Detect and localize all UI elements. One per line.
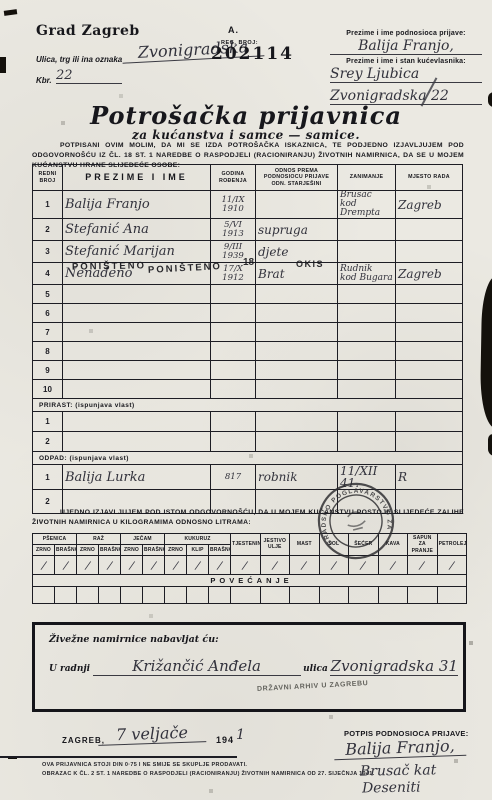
occupation bbox=[338, 380, 396, 399]
empty-cell bbox=[99, 586, 121, 603]
shop-street-handwritten: Zvonigradska 31 bbox=[330, 657, 458, 676]
dash-mark: ∕ bbox=[390, 559, 395, 572]
section-letter: A. bbox=[228, 25, 239, 35]
member-row: 5 bbox=[33, 285, 463, 304]
divider-line bbox=[0, 756, 237, 758]
member-name bbox=[63, 342, 211, 361]
member-name: Stefanić Ana bbox=[63, 219, 211, 241]
workplace bbox=[396, 342, 463, 361]
official-initial: R bbox=[396, 465, 463, 490]
supply-value: ∕ bbox=[290, 555, 320, 574]
empty-cell bbox=[121, 586, 143, 603]
relation bbox=[256, 285, 338, 304]
col-header-rednibroj: REDNI BROJ bbox=[33, 165, 63, 191]
member-row: 1Balija Franjo11/IX1910Brusačkod Drempta… bbox=[33, 191, 463, 219]
form-subtitle: za kućanstva i samce — samice. bbox=[0, 128, 492, 142]
member-name bbox=[63, 380, 211, 399]
workplace bbox=[396, 285, 463, 304]
occupation bbox=[338, 342, 396, 361]
relation bbox=[256, 342, 338, 361]
povecanje-label: POVEĆANJE bbox=[33, 574, 467, 586]
cell-line: kod Drempta bbox=[340, 200, 393, 218]
torn-edge-shadow bbox=[480, 276, 492, 428]
workplace: Zagreb bbox=[396, 191, 463, 219]
stamp-fragment-okis: OKIS bbox=[296, 259, 324, 269]
dash-mark: ∕ bbox=[195, 559, 200, 572]
dash-mark: ∕ bbox=[151, 559, 156, 572]
member-name bbox=[63, 361, 211, 380]
birth-date: 5/VI1913 bbox=[211, 219, 256, 241]
col-header-odnos: ODNOS PREMA PODNOSIOCU PRIJAVE ODN. STAR… bbox=[256, 165, 338, 191]
archive-stamp: DRŽAVNI ARHIV U ZAGREBU bbox=[257, 680, 369, 693]
empty-cell bbox=[165, 586, 187, 603]
odpad-name: Balija Lurka bbox=[63, 465, 211, 490]
supply-value: ∕ bbox=[378, 555, 408, 574]
empty-cell bbox=[349, 586, 379, 603]
occupation bbox=[338, 304, 396, 323]
empty-cell bbox=[338, 412, 396, 432]
group-label: PŠENICA bbox=[33, 534, 77, 545]
empty-cell bbox=[408, 586, 438, 603]
group-label: KUKURUZ bbox=[165, 534, 231, 545]
supply-value: ∕ bbox=[260, 555, 290, 574]
dash-mark: ∕ bbox=[217, 559, 222, 572]
empty-cell bbox=[256, 432, 338, 452]
sub-label: BRAŠNO bbox=[55, 544, 77, 555]
occupation: Brusačkod Drempta bbox=[338, 191, 396, 219]
row-number: 8 bbox=[33, 342, 63, 361]
birth-date bbox=[211, 380, 256, 399]
member-row: 8 bbox=[33, 342, 463, 361]
sub-label: ZRNO bbox=[33, 544, 55, 555]
stamp-fragment-18: 18 bbox=[243, 257, 254, 268]
birth-date bbox=[211, 323, 256, 342]
empty-cell bbox=[63, 432, 211, 452]
member-row: 2Stefanić Ana5/VI1913supruga bbox=[33, 219, 463, 241]
landlord-label: Prezime i ime i stan kućevlasnika: bbox=[330, 58, 482, 65]
prirast-row: 2 bbox=[33, 432, 463, 452]
row-number: 4 bbox=[33, 263, 63, 285]
sub-label: BRAŠNO bbox=[209, 544, 231, 555]
supply-value: ∕ bbox=[187, 555, 209, 574]
occupation bbox=[338, 241, 396, 263]
radnji-label: U radnji bbox=[49, 664, 90, 674]
date-handwritten: 7 veljače bbox=[98, 722, 207, 746]
shop-line1: Živežne namirnice nabavljat ću: bbox=[49, 634, 219, 645]
col-header-godina: GODINA ROĐENJA bbox=[211, 165, 256, 191]
group-label: JEČAM bbox=[121, 534, 165, 545]
empty-cell bbox=[33, 586, 55, 603]
row-number: 5 bbox=[33, 285, 63, 304]
empty-cell bbox=[260, 586, 290, 603]
shop-line2: U radnji Križančić Anđela ulica Zvonigra… bbox=[49, 657, 458, 676]
relation bbox=[256, 323, 338, 342]
paper-specks bbox=[0, 0, 2, 2]
ponisteno-stamp: PONIŠTENO bbox=[72, 260, 146, 272]
dash-mark: ∕ bbox=[243, 559, 248, 572]
empty-cell bbox=[143, 586, 165, 603]
group-label: PETROLEJ bbox=[437, 534, 467, 556]
ulica-label: ulica bbox=[303, 664, 328, 674]
group-label: SAPUN ZA PRANJE bbox=[408, 534, 438, 556]
dash-mark: ∕ bbox=[85, 559, 90, 572]
cell-line: 1912 bbox=[213, 274, 253, 282]
birth-date bbox=[211, 304, 256, 323]
sub-label: ZRNO bbox=[165, 544, 187, 555]
member-name: Balija Franjo bbox=[63, 191, 211, 219]
kbr-label: Kbr. bbox=[36, 76, 52, 85]
empty-cell bbox=[55, 586, 77, 603]
street-label: Ulica, trg ili ina oznaka bbox=[36, 55, 122, 64]
group-label: JESTIVO ULJE bbox=[260, 534, 290, 556]
prirast-band: PRIRAST: (ispunjava vlast) bbox=[33, 399, 463, 412]
occupation: Rudnikkod Bugara bbox=[338, 263, 396, 285]
odpad-number: 817 bbox=[211, 465, 256, 490]
row-number: 9 bbox=[33, 361, 63, 380]
supplies-paragraph: UJEDNO IZJAVLJUJEM POD ISTOM ODGOVORNOŠĆ… bbox=[32, 508, 464, 528]
scan-artifact bbox=[4, 9, 18, 16]
sub-label: BRAŠNO bbox=[99, 544, 121, 555]
occupation bbox=[338, 323, 396, 342]
supply-value: ∕ bbox=[143, 555, 165, 574]
group-label: TJESTENINE bbox=[231, 534, 261, 556]
supplies-value-row: ∕∕∕∕∕∕∕∕∕∕∕∕∕∕∕∕∕ bbox=[33, 555, 467, 574]
supply-value: ∕ bbox=[55, 555, 77, 574]
supply-value: ∕ bbox=[408, 555, 438, 574]
supply-value: ∕ bbox=[231, 555, 261, 574]
supply-value: ∕ bbox=[121, 555, 143, 574]
fine-print-2: OBRAZAC K ČL. 2 ST. 1 NAREDBE O RASPODJE… bbox=[42, 771, 374, 777]
odpad-table: ODPAD: (ispunjava vlast) 1Balija Lurka81… bbox=[32, 451, 463, 514]
dash-mark: ∕ bbox=[302, 559, 307, 572]
signature-handwritten: Balija Franjo, bbox=[334, 736, 467, 761]
row-number: 1 bbox=[33, 191, 63, 219]
workplace bbox=[396, 380, 463, 399]
dash-mark: ∕ bbox=[420, 559, 425, 572]
shop-declaration-box: Živežne namirnice nabavljat ću: U radnji… bbox=[32, 622, 466, 712]
kbr-handwritten: 22 bbox=[56, 68, 122, 84]
empty-cell bbox=[437, 586, 467, 603]
row-number: 1 bbox=[33, 465, 63, 490]
scan-artifact bbox=[0, 57, 6, 73]
member-name: Stefanić Marijan bbox=[63, 241, 211, 263]
col-header-zanimanje: ZANIMANJE bbox=[338, 165, 396, 191]
empty-cell bbox=[290, 586, 320, 603]
birth-date bbox=[211, 361, 256, 380]
workplace bbox=[396, 323, 463, 342]
row-number: 7 bbox=[33, 323, 63, 342]
odpad-band: ODPAD: (ispunjava vlast) bbox=[33, 452, 463, 465]
sub-label: ZRNO bbox=[121, 544, 143, 555]
supply-value: ∕ bbox=[99, 555, 121, 574]
signature-line2: Brusač kat bbox=[360, 762, 437, 779]
birth-date: 11/IX1910 bbox=[211, 191, 256, 219]
supply-value: ∕ bbox=[77, 555, 99, 574]
supply-value: ∕ bbox=[437, 555, 467, 574]
sub-label: ZRNO bbox=[77, 544, 99, 555]
empty-cell bbox=[256, 412, 338, 432]
reg-number: 202114 bbox=[211, 44, 294, 64]
cell-line: 1910 bbox=[213, 205, 253, 213]
odpad-relation: robnik bbox=[256, 465, 338, 490]
member-row: 9 bbox=[33, 361, 463, 380]
empty-cell bbox=[63, 412, 211, 432]
relation: supruga bbox=[256, 219, 338, 241]
povecanje-band: POVEĆANJE bbox=[33, 574, 467, 586]
empty-cell bbox=[396, 432, 463, 452]
row-number: 1 bbox=[33, 412, 63, 432]
dash-mark: ∕ bbox=[449, 559, 454, 572]
empty-cell bbox=[231, 586, 261, 603]
dash-mark: ∕ bbox=[272, 559, 277, 572]
member-name bbox=[63, 304, 211, 323]
signature-line3: Deseniti bbox=[362, 779, 421, 796]
member-row: 7 bbox=[33, 323, 463, 342]
relation bbox=[256, 361, 338, 380]
prirast-table: PRIRAST: (ispunjava vlast) 12 bbox=[32, 398, 463, 452]
empty-cell bbox=[338, 432, 396, 452]
cell-line: 1913 bbox=[213, 230, 253, 238]
dash-mark: ∕ bbox=[107, 559, 112, 572]
col-header-mjesto: MJESTO RADA bbox=[396, 165, 463, 191]
relation bbox=[256, 191, 338, 219]
applicant-block: Prezime i ime podnosioca prijave: Balija… bbox=[330, 30, 482, 105]
empty-cell bbox=[209, 586, 231, 603]
city-name: Grad Zagreb bbox=[36, 23, 140, 39]
row-number: 3 bbox=[33, 241, 63, 263]
year-print: 194 bbox=[216, 735, 234, 745]
workplace bbox=[396, 241, 463, 263]
workplace bbox=[396, 304, 463, 323]
occupation bbox=[338, 361, 396, 380]
group-label: RAŽ bbox=[77, 534, 121, 545]
member-row: 6 bbox=[33, 304, 463, 323]
birth-date bbox=[211, 285, 256, 304]
fine-print-1: OVA PRIJAVNICA STOJI DIN 0·75 I NE SMIJE… bbox=[42, 762, 247, 768]
row-number: 2 bbox=[33, 432, 63, 452]
workplace bbox=[396, 361, 463, 380]
prirast-row: 1 bbox=[33, 412, 463, 432]
scan-artifact bbox=[488, 434, 492, 456]
supply-value: ∕ bbox=[33, 555, 55, 574]
empty-cell bbox=[77, 586, 99, 603]
occupation bbox=[338, 219, 396, 241]
year-handwritten: 1 bbox=[236, 727, 245, 743]
birth-date bbox=[211, 342, 256, 361]
applicant-handwritten: Balija Franjo, bbox=[330, 38, 482, 55]
shop-name-handwritten: Križančić Anđela bbox=[93, 657, 301, 676]
row-number: 10 bbox=[33, 380, 63, 399]
form-title: Potrošačka prijavnica bbox=[0, 101, 492, 130]
row-number: 2 bbox=[33, 219, 63, 241]
occupation bbox=[338, 285, 396, 304]
empty-cell bbox=[211, 432, 256, 452]
empty-cell bbox=[187, 586, 209, 603]
supplies-empty-row bbox=[33, 586, 467, 603]
members-table: REDNI BROJ PREZIME I IME GODINA ROĐENJA … bbox=[32, 164, 463, 399]
empty-cell bbox=[211, 412, 256, 432]
workplace bbox=[396, 219, 463, 241]
supply-value: ∕ bbox=[209, 555, 231, 574]
cell-line: kod Bugara bbox=[340, 274, 393, 283]
member-row: 10 bbox=[33, 380, 463, 399]
col-header-prezime: PREZIME I IME bbox=[63, 165, 211, 191]
dash-mark: ∕ bbox=[129, 559, 134, 572]
dash-mark: ∕ bbox=[41, 559, 46, 572]
member-name bbox=[63, 323, 211, 342]
empty-cell bbox=[378, 586, 408, 603]
applicant-label: Prezime i ime podnosioca prijave: bbox=[330, 30, 482, 37]
row-number: 6 bbox=[33, 304, 63, 323]
odpad-row: 1Balija Lurka817robnik11/XII 41.R bbox=[33, 465, 463, 490]
empty-cell bbox=[319, 586, 349, 603]
empty-cell bbox=[396, 412, 463, 432]
member-name bbox=[63, 285, 211, 304]
relation bbox=[256, 304, 338, 323]
scanned-form-page: Grad Zagreb Ulica, trg ili ina oznaka Zv… bbox=[0, 0, 492, 800]
household-tables: REDNI BROJ PREZIME I IME GODINA ROĐENJA … bbox=[32, 165, 462, 514]
workplace: Zagreb bbox=[396, 263, 463, 285]
supply-value: ∕ bbox=[165, 555, 187, 574]
group-label: MAST bbox=[290, 534, 320, 556]
landlord-handwritten: Srey Ljubica bbox=[330, 66, 482, 83]
sub-label: BRAŠNO bbox=[143, 544, 165, 555]
relation bbox=[256, 380, 338, 399]
sub-label: KLIP bbox=[187, 544, 209, 555]
dash-mark: ∕ bbox=[173, 559, 178, 572]
dash-mark: ∕ bbox=[63, 559, 68, 572]
